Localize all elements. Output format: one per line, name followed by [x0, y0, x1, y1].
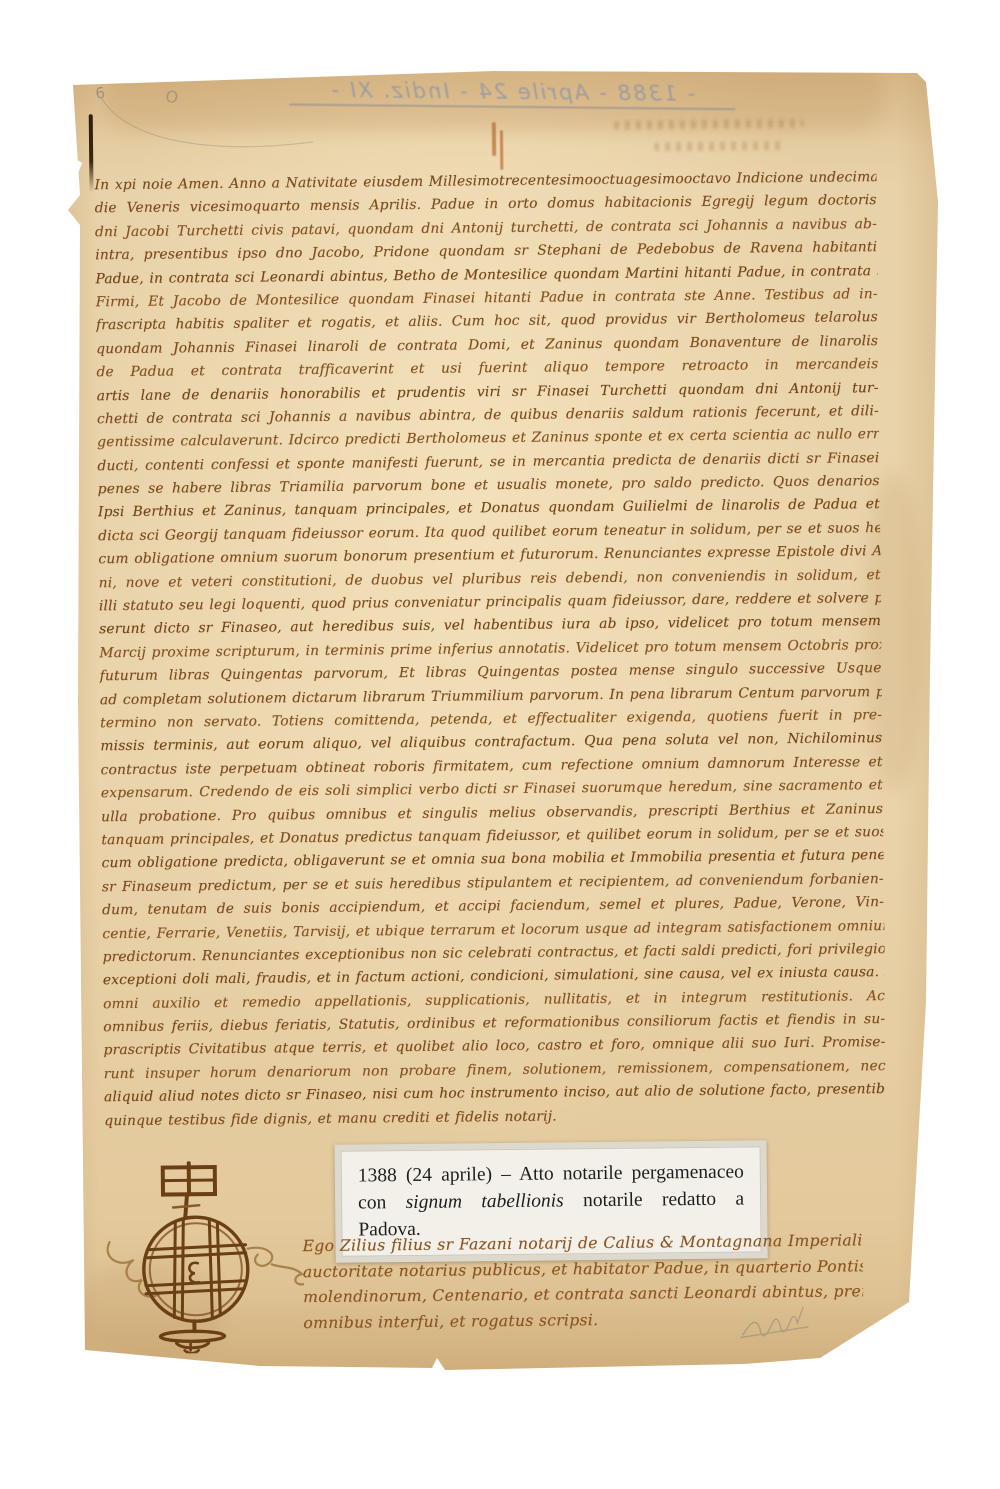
edge-damage-chip [64, 152, 82, 182]
caption-line2-start: con [358, 1192, 406, 1213]
caption-line-1: 1388 (24 aprile) – Atto notarile pergame… [358, 1158, 744, 1189]
manuscript-text: In xpi noie Amen. Anno a Nativitate eius… [94, 166, 886, 1133]
bleed-through-text [654, 141, 784, 151]
caption-line2-italic: signum tabellionis [406, 1190, 564, 1213]
bleed-through-text [614, 119, 804, 130]
verso-date-inscription-mirrored: - 1388 - Aprile 24 - Indiz. XI - [289, 78, 735, 111]
initial-ink-stroke [89, 114, 94, 192]
parchment-content: 6 O - 1388 - Aprile 24 - Indiz. XI - In … [57, 47, 947, 1378]
photo-of-parchment-document: { "photo": { "background": "#ffffff", "s… [0, 0, 1000, 1489]
signum-tabellionis-drawing [99, 1156, 305, 1354]
parchment-sheet: 6 O - 1388 - Aprile 24 - Indiz. XI - In … [64, 52, 940, 1374]
rust-drip [500, 130, 503, 170]
rust-drip [492, 122, 496, 156]
pencil-signature-scribble [738, 1300, 848, 1343]
